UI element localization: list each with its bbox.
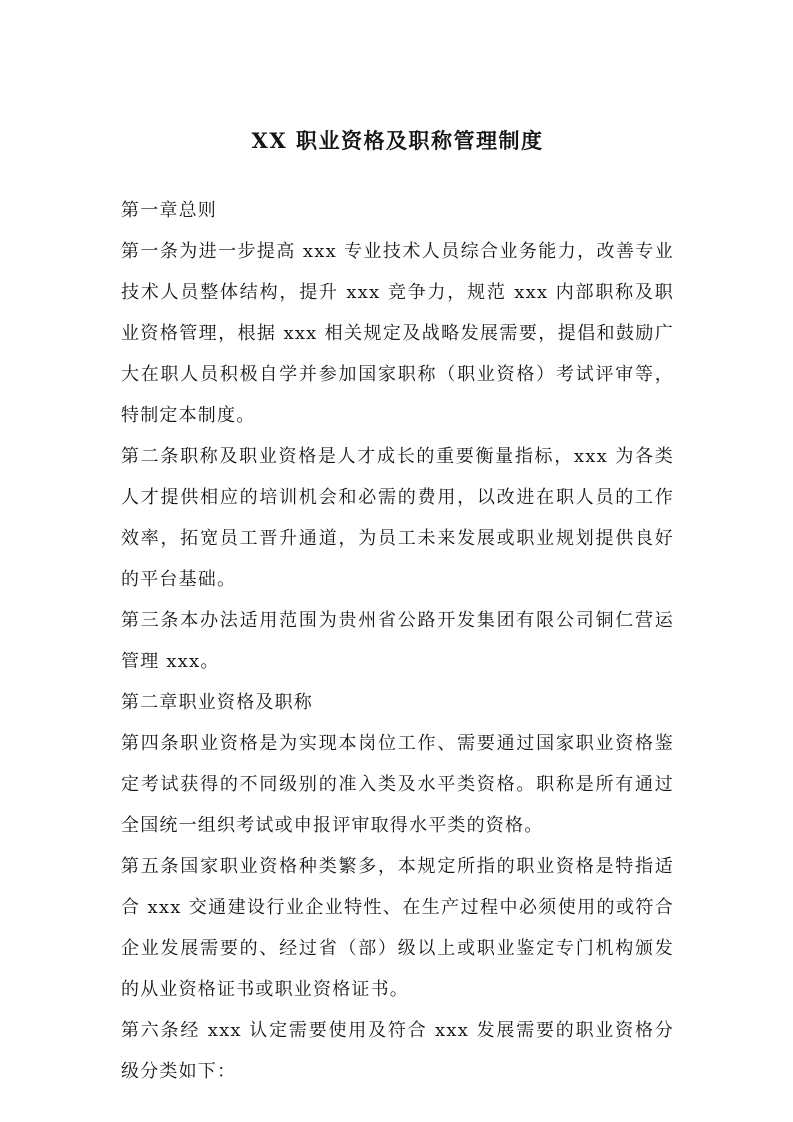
paragraph: 第五条国家职业资格种类繁多，本规定所指的职业资格是特指适合 xxx 交通建设行业…: [121, 846, 674, 1010]
paragraph: 第一条为进一步提高 xxx 专业技术人员综合业务能力，改善专业技术人员整体结构，…: [121, 231, 674, 436]
chapter-heading: 第一章总则: [121, 190, 674, 231]
document-page: XX 职业资格及职称管理制度 第一章总则 第一条为进一步提高 xxx 专业技术人…: [0, 0, 793, 1122]
paragraph: 第四条职业资格是为实现本岗位工作、需要通过国家职业资格鉴定考试获得的不同级别的准…: [121, 723, 674, 846]
chapter-heading: 第二章职业资格及职称: [121, 682, 674, 723]
paragraph: 第二条职称及职业资格是人才成长的重要衡量指标，xxx 为各类人才提供相应的培训机…: [121, 436, 674, 600]
document-content: XX 职业资格及职称管理制度 第一章总则 第一条为进一步提高 xxx 专业技术人…: [0, 0, 793, 1092]
paragraph: 第六条经 xxx 认定需要使用及符合 xxx 发展需要的职业资格分级分类如下：: [121, 1010, 674, 1092]
document-title: XX 职业资格及职称管理制度: [121, 126, 674, 156]
paragraph: 第三条本办法适用范围为贵州省公路开发集团有限公司铜仁营运管理 xxx。: [121, 600, 674, 682]
